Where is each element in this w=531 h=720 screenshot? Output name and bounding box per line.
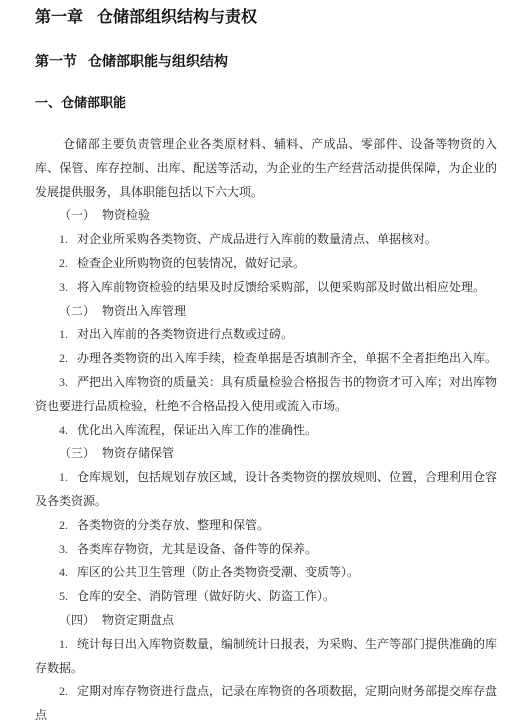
list-item-text: 库区的公共卫生管理（防止各类物资受潮、变质等）。 [77, 565, 359, 579]
section-title-text: 仓储部职能与组织结构 [88, 53, 228, 69]
group-heading: （四）物资定期盘点 [35, 609, 497, 633]
list-item-text: 统计每日出入库物资数量，编制统计日报表，为采购、生产等部门提供准确的库存数据。 [35, 637, 497, 675]
list-item-text: 将入库前物资检验的结果及时反馈给采购部，以便采购部及时做出相应处理。 [77, 280, 485, 294]
group-marker: （三） [59, 446, 95, 460]
group-title: 物资定期盘点 [102, 613, 174, 627]
list-item-number: 3. [59, 280, 68, 294]
list-item: 1.对企业所采购各类物资、产成品进行入库前的数量清点、单据核对。 [35, 228, 497, 252]
list-item-number: 2. [59, 256, 68, 270]
list-item-number: 3. [59, 375, 68, 389]
list-item-text: 仓库规划，包括规划存放区域，设计各类物资的摆放规则、位置，合理利用仓容及各类资源… [35, 470, 497, 508]
list-item: 2.各类物资的分类存放、整理和保管。 [35, 514, 497, 538]
list-item: 4.库区的公共卫生管理（防止各类物资受潮、变质等）。 [35, 561, 497, 585]
list-item-text: 办理各类物资的出入库手续，检查单据是否填制齐全，单据不全者拒绝出入库。 [77, 351, 497, 365]
chapter-number: 第一章 [35, 9, 83, 26]
group-marker: （四） [59, 613, 95, 627]
list-item-number: 4. [59, 565, 68, 579]
list-item-text: 优化出入库流程，保证出入库工作的准确性。 [77, 423, 317, 437]
section-number: 第一节 [35, 53, 77, 69]
list-item-text: 对企业所采购各类物资、产成品进行入库前的数量清点、单据核对。 [77, 232, 437, 246]
list-item-number: 1. [59, 327, 68, 341]
list-item-text: 严把出入库物资的质量关：具有质量检验合格报告书的物资才可入库；对出库物资也要进行… [35, 375, 497, 413]
list-item-text: 对出入库前的各类物资进行点数或过磅。 [77, 327, 293, 341]
intro-paragraph: 仓储部主要负责管理企业各类原材料、辅料、产成品、零部件、设备等物资的入库、保管、… [35, 133, 497, 204]
chapter-title: 第一章仓储部组织结构与责权 [35, 8, 497, 28]
list-item-number: 4. [59, 423, 68, 437]
list-item-text: 各类物资的分类存放、整理和保管。 [77, 518, 269, 532]
list-item: 3.将入库前物资检验的结果及时反馈给采购部，以便采购部及时做出相应处理。 [35, 276, 497, 300]
document-page: 第一章仓储部组织结构与责权 第一节仓储部职能与组织结构 一、仓储部职能 仓储部主… [0, 0, 531, 720]
list-item: 4.优化出入库流程，保证出入库工作的准确性。 [35, 419, 497, 443]
list-item-text: 各类库存物资，尤其是设备、备件等的保养。 [77, 542, 317, 556]
list-item-number: 2. [59, 351, 68, 365]
list-item: 1.对出入库前的各类物资进行点数或过磅。 [35, 323, 497, 347]
list-item: 3.严把出入库物资的质量关：具有质量检验合格报告书的物资才可入库；对出库物资也要… [35, 371, 497, 419]
group-title: 物资出入库管理 [102, 304, 186, 318]
document-body: 仓储部主要负责管理企业各类原材料、辅料、产成品、零部件、设备等物资的入库、保管、… [35, 133, 497, 720]
list-item: 2.办理各类物资的出入库手续，检查单据是否填制齐全，单据不全者拒绝出入库。 [35, 347, 497, 371]
group-heading: （三）物资存储保管 [35, 442, 497, 466]
list-item: 1.统计每日出入库物资数量，编制统计日报表，为采购、生产等部门提供准确的库存数据… [35, 633, 497, 681]
group-marker: （二） [59, 304, 95, 318]
group-heading: （一）物资检验 [35, 204, 497, 228]
list-item: 2.检查企业所购物资的包装情况，做好记录。 [35, 252, 497, 276]
chapter-title-text: 仓储部组织结构与责权 [97, 9, 257, 26]
list-item-number: 3. [59, 542, 68, 556]
section-title: 第一节仓储部职能与组织结构 [35, 52, 497, 70]
list-item-number: 1. [59, 470, 68, 484]
list-item-number: 5. [59, 589, 68, 603]
list-item-number: 1. [59, 637, 68, 651]
group-title: 物资检验 [102, 208, 150, 222]
list-item: 2.定期对库存物资进行盘点，记录在库物资的各项数据，定期向财务部提交库存盘点 [35, 680, 497, 720]
subsection-title: 一、仓储部职能 [35, 94, 497, 111]
list-item: 1.仓库规划，包括规划存放区域，设计各类物资的摆放规则、位置，合理利用仓容及各类… [35, 466, 497, 514]
list-item-number: 2. [59, 518, 68, 532]
list-item-text: 定期对库存物资进行盘点，记录在库物资的各项数据，定期向财务部提交库存盘点 [35, 684, 497, 720]
group-marker: （一） [59, 208, 95, 222]
group-title: 物资存储保管 [102, 446, 174, 460]
group-heading: （二）物资出入库管理 [35, 300, 497, 324]
list-item-text: 检查企业所购物资的包装情况，做好记录。 [77, 256, 305, 270]
list-item-text: 仓库的安全、消防管理（做好防火、防盗工作）。 [77, 589, 335, 603]
list-item: 3.各类库存物资，尤其是设备、备件等的保养。 [35, 538, 497, 562]
list-item-number: 2. [59, 684, 68, 698]
list-item-number: 1. [59, 232, 68, 246]
list-item: 5.仓库的安全、消防管理（做好防火、防盗工作）。 [35, 585, 497, 609]
